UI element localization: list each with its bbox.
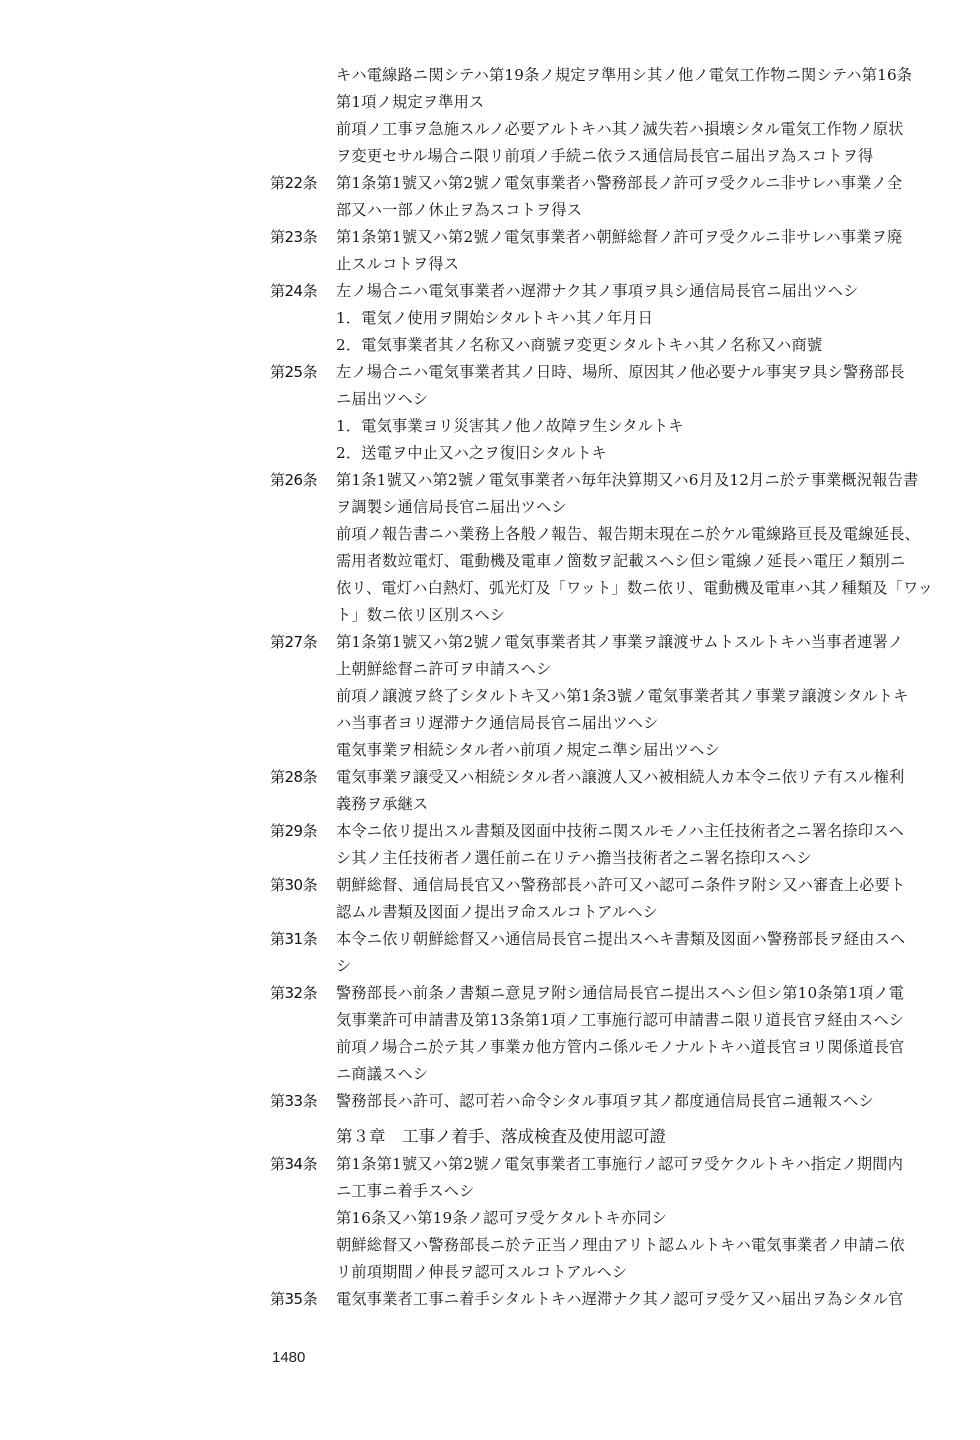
document-page: キハ電線路ニ関シテハ第19条ノ規定ヲ準用シ其ノ他ノ電気工作物ニ関シテハ第16条第… bbox=[0, 0, 980, 1440]
text-line: 朝鮮総督又ハ警務部長ニ於テ正当ノ理由アリト認ムルトキハ電気事業者ノ申請ニ依 bbox=[336, 1232, 950, 1259]
text-line: キハ電線路ニ関シテハ第19条ノ規定ヲ準用シ其ノ他ノ電気工作物ニ関シテハ第16条 bbox=[336, 62, 950, 89]
text-line: 第1条第1號又ハ第2號ノ電気事業者ハ警務部長ノ許可ヲ受クルニ非サレハ事業ノ全 bbox=[336, 170, 950, 197]
article-number: 第30条 bbox=[270, 872, 336, 899]
text-line: 需用者数竝電灯、電動機及電車ノ箇数ヲ記載スヘシ但シ電線ノ延長ハ電圧ノ類別ニ bbox=[336, 548, 950, 575]
article: 第32条警務部長ハ前条ノ書類ニ意見ヲ附シ通信局長官ニ提出スヘシ但シ第10条第1項… bbox=[270, 980, 950, 1088]
text-line: 止スルコトヲ得ス bbox=[336, 251, 950, 278]
continuation-paragraph: キハ電線路ニ関シテハ第19条ノ規定ヲ準用シ其ノ他ノ電気工作物ニ関シテハ第16条第… bbox=[270, 62, 950, 170]
text-line: 義務ヲ承継ス bbox=[336, 791, 950, 818]
text-line: 第1条第1號又ハ第2號ノ電気事業者ハ朝鮮総督ノ許可ヲ受クルニ非サレハ事業ヲ廃 bbox=[336, 224, 950, 251]
document-body: キハ電線路ニ関シテハ第19条ノ規定ヲ準用シ其ノ他ノ電気工作物ニ関シテハ第16条第… bbox=[270, 62, 950, 1313]
article: 第27条第1条第1號又ハ第2號ノ電気事業者其ノ事業ヲ譲渡サムトスルトキハ当事者連… bbox=[270, 629, 950, 764]
text-line: 第1条1號又ハ第2號ノ電気事業者ハ毎年決算期又ハ6月及12月ニ於テ事業概況報告書 bbox=[336, 467, 950, 494]
text-line: 電気事業ヲ譲受又ハ相続シタル者ハ譲渡人又ハ被相続人カ本令ニ依リテ有スル権利 bbox=[336, 764, 950, 791]
text-line: ハ当事者ヨリ遅滞ナク通信局長官ニ届出ツヘシ bbox=[336, 710, 950, 737]
text-line: リ前項期間ノ伸長ヲ認可スルコトアルヘシ bbox=[336, 1259, 950, 1286]
text-line: 左ノ場合ニハ電気事業者ハ遅滞ナク其ノ事項ヲ具シ通信局長官ニ届出ツヘシ bbox=[336, 278, 950, 305]
text-line: ト」数ニ依リ区別スヘシ bbox=[336, 602, 950, 629]
text-line: 気事業許可申請書及第13条第1項ノ工事施行認可申請書ニ限リ道長官ヲ経由スヘシ bbox=[336, 1007, 950, 1034]
article-number: 第29条 bbox=[270, 818, 336, 845]
article: 第26条第1条1號又ハ第2號ノ電気事業者ハ毎年決算期又ハ6月及12月ニ於テ事業概… bbox=[270, 467, 950, 629]
article-number: 第31条 bbox=[270, 926, 336, 953]
text-line: 左ノ場合ニハ電気事業者其ノ日時、場所、原因其ノ他必要ナル事実ヲ具シ警務部長 bbox=[336, 359, 950, 386]
article-number: 第23条 bbox=[270, 224, 336, 251]
article-number: 第33条 bbox=[270, 1088, 336, 1115]
article-number: 第22条 bbox=[270, 170, 336, 197]
article-number: 第24条 bbox=[270, 278, 336, 305]
text-line: 電気事業ヲ相続シタル者ハ前項ノ規定ニ準シ届出ツヘシ bbox=[336, 737, 950, 764]
text-line: 本令ニ依リ朝鮮総督又ハ通信局長官ニ提出スヘキ書類及図面ハ警務部長ヲ経由スヘ bbox=[336, 926, 950, 953]
article: 第35条電気事業者工事ニ着手シタルトキハ遅滞ナク其ノ認可ヲ受ケ又ハ届出ヲ為シタル… bbox=[270, 1286, 950, 1313]
text-line: ニ商議スヘシ bbox=[336, 1061, 950, 1088]
article-number: 第34条 bbox=[270, 1151, 336, 1178]
article: 第29条本令ニ依リ提出スル書類及図面中技術ニ関スルモノハ主任技術者之ニ署名捺印ス… bbox=[270, 818, 950, 872]
text-line: 部又ハ一部ノ休止ヲ為スコトヲ得ス bbox=[336, 197, 950, 224]
text-line: 第1条第1號又ハ第2號ノ電気事業者其ノ事業ヲ譲渡サムトスルトキハ当事者連署ノ bbox=[336, 629, 950, 656]
article: 第34条第1条第1號又ハ第2號ノ電気事業者工事施行ノ認可ヲ受ケクルトキハ指定ノ期… bbox=[270, 1151, 950, 1286]
text-line: 1．電気ノ使用ヲ開始シタルトキハ其ノ年月日 bbox=[336, 305, 950, 332]
text-line: ニ届出ツヘシ bbox=[336, 386, 950, 413]
text-line: 前項ノ場合ニ於テ其ノ事業カ他方管内ニ係ルモノナルトキハ道長官ヨリ関係道長官 bbox=[336, 1034, 950, 1061]
text-line: 電気事業者工事ニ着手シタルトキハ遅滞ナク其ノ認可ヲ受ケ又ハ届出ヲ為シタル官 bbox=[336, 1286, 950, 1313]
article: 第22条第1条第1號又ハ第2號ノ電気事業者ハ警務部長ノ許可ヲ受クルニ非サレハ事業… bbox=[270, 170, 950, 224]
text-line: 認ムル書類及図面ノ提出ヲ命スルコトアルヘシ bbox=[336, 899, 950, 926]
text-line: 前項ノ工事ヲ急施スルノ必要アルトキハ其ノ滅失若ハ損壊シタル電気工作物ノ原状 bbox=[336, 116, 950, 143]
text-line: 第1条第1號又ハ第2號ノ電気事業者工事施行ノ認可ヲ受ケクルトキハ指定ノ期間内 bbox=[336, 1151, 950, 1178]
text-line: 本令ニ依リ提出スル書類及図面中技術ニ関スルモノハ主任技術者之ニ署名捺印スヘ bbox=[336, 818, 950, 845]
article: 第24条左ノ場合ニハ電気事業者ハ遅滞ナク其ノ事項ヲ具シ通信局長官ニ届出ツヘシ1．… bbox=[270, 278, 950, 359]
text-line: 警務部長ハ前条ノ書類ニ意見ヲ附シ通信局長官ニ提出スヘシ但シ第10条第1項ノ電 bbox=[336, 980, 950, 1007]
text-line: 2．送電ヲ中止又ハ之ヲ復旧シタルトキ bbox=[336, 440, 950, 467]
text-line: 1．電気事業ヨリ災害其ノ他ノ故障ヲ生シタルトキ bbox=[336, 413, 950, 440]
text-line: シ bbox=[336, 953, 950, 980]
page-number: 1480 bbox=[272, 1349, 305, 1366]
text-line: 2．電気事業者其ノ名称又ハ商號ヲ変更シタルトキハ其ノ名称又ハ商號 bbox=[336, 332, 950, 359]
article: 第25条左ノ場合ニハ電気事業者其ノ日時、場所、原因其ノ他必要ナル事実ヲ具シ警務部… bbox=[270, 359, 950, 467]
article: 第30条朝鮮総督、通信局長官又ハ警務部長ハ許可又ハ認可ニ条件ヲ附シ又ハ審査上必要… bbox=[270, 872, 950, 926]
article-number: 第27条 bbox=[270, 629, 336, 656]
article-number: 第26条 bbox=[270, 467, 336, 494]
article: 第28条電気事業ヲ譲受又ハ相続シタル者ハ譲渡人又ハ被相続人カ本令ニ依リテ有スル権… bbox=[270, 764, 950, 818]
article: 第31条本令ニ依リ朝鮮総督又ハ通信局長官ニ提出スヘキ書類及図面ハ警務部長ヲ経由ス… bbox=[270, 926, 950, 980]
text-line: 依リ、電灯ハ白熱灯、弧光灯及「ワット」数ニ依リ、電動機及電車ハ其ノ種類及「ワッ bbox=[336, 575, 950, 602]
text-line: 朝鮮総督、通信局長官又ハ警務部長ハ許可又ハ認可ニ条件ヲ附シ又ハ審査上必要ト bbox=[336, 872, 950, 899]
text-line: ヲ調製シ通信局長官ニ届出ツヘシ bbox=[336, 494, 950, 521]
text-line: 前項ノ譲渡ヲ終了シタルトキ又ハ第1条3號ノ電気事業者其ノ事業ヲ譲渡シタルトキ bbox=[336, 683, 950, 710]
text-line: シ其ノ主任技術者ノ選任前ニ在リテハ擔当技術者之ニ署名捺印スヘシ bbox=[336, 845, 950, 872]
article: 第33条警務部長ハ許可、認可若ハ命令シタル事項ヲ其ノ都度通信局長官ニ通報スヘシ bbox=[270, 1088, 950, 1115]
article-number: 第28条 bbox=[270, 764, 336, 791]
text-line: 前項ノ報告書ニハ業務上各般ノ報告、報告期末現在ニ於ケル電線路亘長及電線延長、 bbox=[336, 521, 950, 548]
text-line: ヲ変更セサル場合ニ限リ前項ノ手続ニ依ラス通信局長官ニ届出ヲ為スコトヲ得 bbox=[336, 143, 950, 170]
article-number: 第32条 bbox=[270, 980, 336, 1007]
text-line: ニ工事ニ着手スヘシ bbox=[336, 1178, 950, 1205]
text-line: 上朝鮮総督ニ許可ヲ申請スヘシ bbox=[336, 656, 950, 683]
text-line: 第16条又ハ第19条ノ認可ヲ受ケタルトキ亦同シ bbox=[336, 1205, 950, 1232]
text-line: 警務部長ハ許可、認可若ハ命令シタル事項ヲ其ノ都度通信局長官ニ通報スヘシ bbox=[336, 1088, 950, 1115]
article-number: 第35条 bbox=[270, 1286, 336, 1313]
text-line: 第1項ノ規定ヲ準用ス bbox=[336, 89, 950, 116]
article: 第23条第1条第1號又ハ第2號ノ電気事業者ハ朝鮮総督ノ許可ヲ受クルニ非サレハ事業… bbox=[270, 224, 950, 278]
chapter-heading: 第３章 工事ノ着手、落成検査及使用認可證 bbox=[270, 1123, 950, 1151]
article-number: 第25条 bbox=[270, 359, 336, 386]
